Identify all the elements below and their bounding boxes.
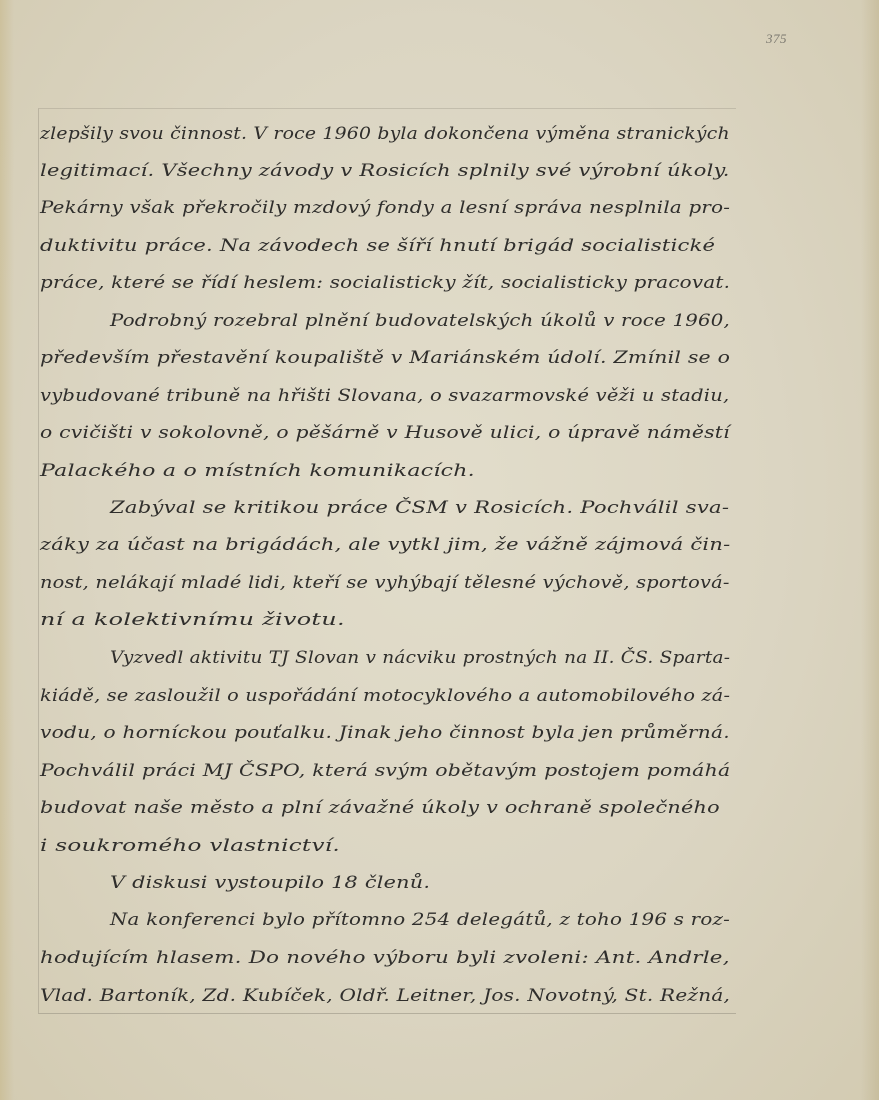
page-edge-left [0, 0, 14, 1100]
text-line: budovat naše město a plní závažné úkoly … [40, 798, 720, 818]
page-edge-right [861, 0, 879, 1100]
page-number: 375 [766, 31, 787, 47]
text-line: hodujícím hlasem. Do nového výboru byli … [40, 948, 730, 968]
paragraph-start-line: V diskusi vystoupilo 18 členů. [110, 873, 430, 893]
text-line: záky za účast na brigádách, ale vytkl ji… [40, 535, 730, 555]
text-line: vybudované tribuně na hřišti Slovana, o … [40, 386, 729, 406]
paragraph-start-line: Zabýval se kritikou práce ČSM v Rosicích… [110, 498, 729, 518]
paragraph-start-line: Vyzvedl aktivitu TJ Slovan v nácviku pro… [110, 648, 730, 668]
text-line: Pekárny však překročily mzdový fondy a l… [40, 198, 730, 218]
text-line: i soukromého vlastnictví. [40, 836, 340, 856]
text-line: práce, které se řídí heslem: socialistic… [40, 273, 730, 293]
paragraph-start-line: Podrobný rozebral plnění budovatelských … [110, 311, 730, 331]
text-line: především přestavění koupaliště v Marián… [40, 348, 730, 368]
text-line: duktivitu práce. Na závodech se šíří hnu… [40, 236, 715, 256]
text-line: Vlad. Bartoník, Zd. Kubíček, Oldř. Leitn… [40, 986, 730, 1006]
text-line: Pochválil práci MJ ČSPO, která svým obět… [40, 761, 730, 781]
text-line: o cvičišti v sokolovně, o pěšárně v Huso… [40, 423, 730, 443]
text-line: legitimací. Všechny závody v Rosicích sp… [40, 161, 730, 181]
text-line: vodu, o horníckou pouťalku. Jinak jeho č… [40, 723, 730, 743]
text-line: nost, nelákají mladé lidi, kteří se vyhý… [40, 573, 730, 593]
text-line: ní a kolektivnímu životu. [40, 610, 345, 630]
paragraph-start-line: Na konferenci bylo přítomno 254 delegátů… [110, 910, 730, 930]
text-line: kiádě, se zasloužil o uspořádání motocyk… [40, 686, 730, 706]
text-line: zlepšily svou činnost. V roce 1960 byla … [40, 124, 730, 144]
text-line: Palackého a o místních komunikacích. [40, 461, 475, 481]
